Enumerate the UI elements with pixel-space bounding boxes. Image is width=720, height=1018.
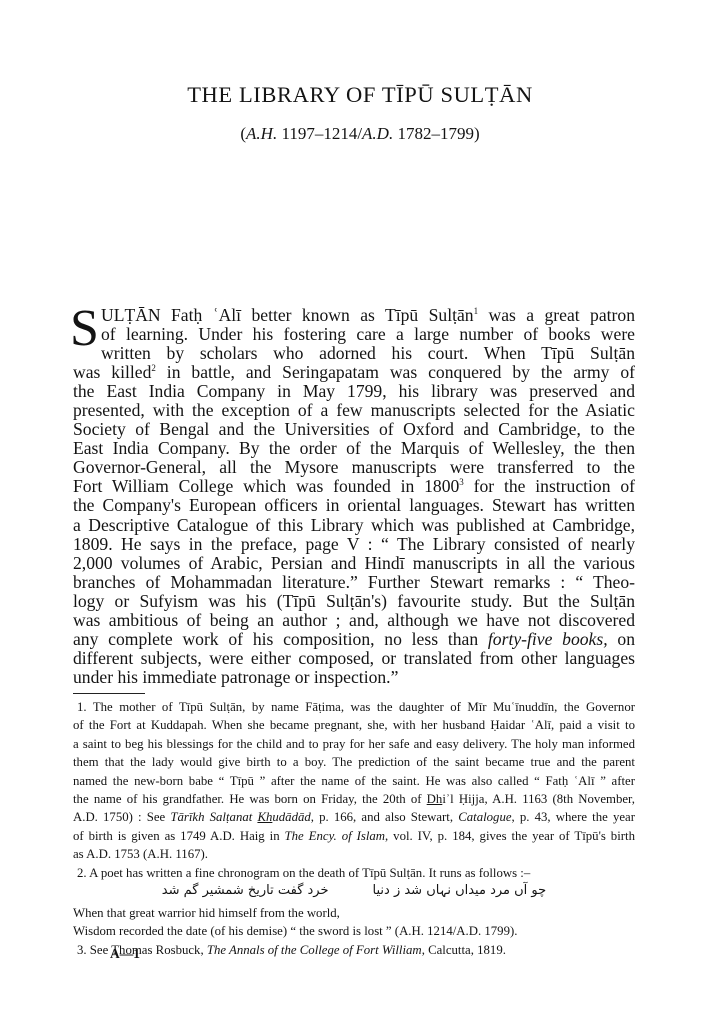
body-line: was ambitious of being an author ; and, … [73, 611, 635, 630]
body-line: Fort William College which was founded i… [73, 477, 635, 496]
text: iʾl Ḥijja, A.H. 1163 (8th November, [442, 792, 635, 806]
italic-text: The Ency. of Islam [285, 829, 385, 843]
body-line: ULṬĀN Fatḥ ʿAlī better known as Tīpū Sul… [73, 306, 635, 325]
body-line: under his immediate patronage or inspect… [73, 668, 635, 687]
text: Fort William College which was founded i… [73, 476, 459, 496]
text: on [608, 629, 635, 649]
underlined-text: Kh [257, 810, 272, 824]
footnote-1-line: A.D. 1750) : See Tārīkh Salṭanat Khudādā… [73, 808, 635, 826]
text: any complete work of his composition, no… [73, 629, 488, 649]
page-title: THE LIBRARY OF TĪPŪ SULṬĀN [0, 82, 720, 108]
text: ULṬĀN Fatḥ ʿAlī better known as Tīpū Sul… [101, 305, 474, 325]
text: , p. 43, where the year [512, 810, 635, 824]
body-line: Governor-General, all the Mysore manuscr… [73, 458, 635, 477]
footnotes: 1. The mother of Tīpū Sulṭān, by name Fā… [73, 698, 635, 959]
footnote-2-translation: When that great warrior hid himself from… [73, 904, 635, 922]
italic-text: The Annals of the College of Fort Willia… [207, 943, 422, 957]
italic-text: forty-five books, [488, 629, 608, 649]
footnote-1-line: as A.D. 1753 (A.H. 1167). [73, 845, 635, 863]
body-line: 1809. He says in the preface, page V : “… [73, 535, 635, 554]
ad-label: A.D. [362, 124, 393, 143]
italic-text: udādād [272, 810, 310, 824]
footnote-2-translation: Wisdom recorded the date (of his demise)… [73, 922, 635, 940]
footnote-1-line: of the Fort at Kuddapah. When she became… [73, 716, 635, 734]
body-line: of learning. Under his fostering care a … [73, 325, 635, 344]
urdu-chronogram: چو آں مرد میداں نہاں شد ز دنیاخرد گفت تا… [73, 882, 635, 904]
body-line: a Descriptive Catalogue of this Library … [73, 516, 635, 535]
text: of birth is given as 1749 A.D. Haig in [73, 829, 285, 843]
text: for the instruction of [464, 476, 635, 496]
text: was killed [73, 362, 151, 382]
footnote-1-line: 1. The mother of Tīpū Sulṭān, by name Fā… [73, 698, 635, 716]
text: was a great patron [478, 305, 635, 325]
body-line: written by scholars who adorned his cour… [73, 344, 635, 363]
ah-label: A.H. [246, 124, 277, 143]
text: , Calcutta, 1819. [422, 943, 506, 957]
drop-cap: S [70, 307, 99, 351]
text: in battle, and Seringapatam was conquere… [156, 362, 635, 382]
body-line: presented, with the exception of a few m… [73, 401, 635, 420]
body-line: East India Company. By the order of the … [73, 439, 635, 458]
body-line: 2,000 volumes of Arabic, Persian and Hin… [73, 554, 635, 573]
main-paragraph: S ULṬĀN Fatḥ ʿAlī better known as Tīpū S… [73, 306, 635, 687]
body-line: the Company's European officers in orien… [73, 496, 635, 515]
text: 3. See Thomas Rosbuck, [77, 943, 207, 957]
footnote-divider [73, 693, 145, 694]
text: A.D. 1750) : See [73, 810, 170, 824]
footnote-3: 3. See Thomas Rosbuck, The Annals of the… [73, 941, 635, 959]
text: the name of his grandfather. He was born… [73, 792, 427, 806]
ad-years: 1782–1799) [393, 124, 479, 143]
urdu-hemistich-right: چو آں مرد میداں نہاں شد ز دنیا [373, 883, 547, 898]
italic-text: Catalogue [458, 810, 511, 824]
page-subtitle-dates: (A.H. 1197–1214/A.D. 1782–1799) [0, 124, 720, 144]
body-line: Society of Bengal and the Universities o… [73, 420, 635, 439]
footnote-1-line: a saint to beg his blessings for the chi… [73, 735, 635, 753]
body-line: any complete work of his composition, no… [73, 630, 635, 649]
underlined-text: Dh [427, 792, 443, 806]
footnote-1-line: named the new-born babe “ Tīpū ” after t… [73, 772, 635, 790]
body-line: different subjects, were either composed… [73, 649, 635, 668]
italic-text: Tārīkh Salṭanat [170, 810, 257, 824]
ah-years: 1197–1214/ [277, 124, 362, 143]
urdu-hemistich-left: خرد گفت تاریخ شمشیر گم شد [162, 883, 329, 898]
text: , vol. IV, p. 184, gives the year of Tīp… [385, 829, 635, 843]
body-line: branches of Mohammadan literature.” Furt… [73, 573, 635, 592]
footnote-1-line: of birth is given as 1749 A.D. Haig in T… [73, 827, 635, 845]
signature-mark: A—1 [110, 946, 140, 962]
footnote-2-intro: 2. A poet has written a fine chronogram … [73, 864, 635, 882]
body-line: was killed2 in battle, and Seringapatam … [73, 363, 635, 382]
footnote-1-line: the name of his grandfather. He was born… [73, 790, 635, 808]
text: , p. 166, and also Stewart, [311, 810, 458, 824]
footnote-1-line: them that the lady would give birth to a… [73, 753, 635, 771]
book-page: THE LIBRARY OF TĪPŪ SULṬĀN (A.H. 1197–12… [0, 0, 720, 1018]
body-line: the East India Company in May 1799, his … [73, 382, 635, 401]
body-line: logy or Sufyism was his (Tīpū Sulṭān's) … [73, 592, 635, 611]
